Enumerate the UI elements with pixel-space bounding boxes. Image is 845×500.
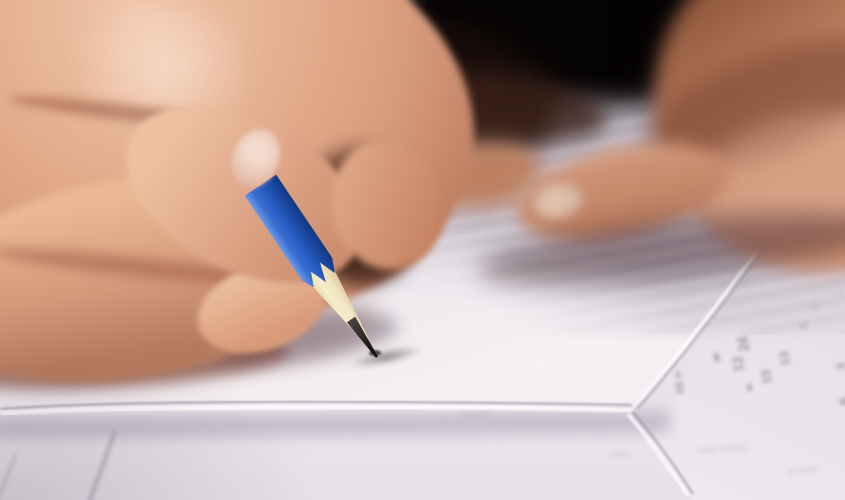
photo-scene: 2412=1513=692 7= 121 8 110 =38————— ————…	[0, 0, 845, 500]
